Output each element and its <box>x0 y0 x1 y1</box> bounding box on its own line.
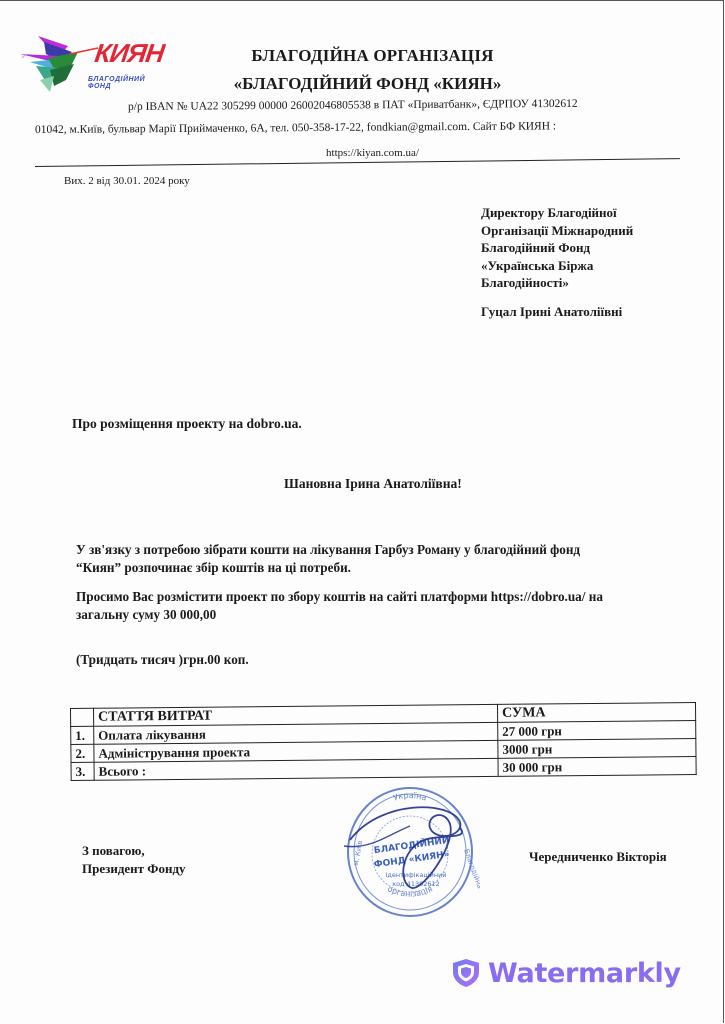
addressee-line: Організації Міжнародний <box>481 222 633 240</box>
text-line: Просимо Вас розмістити проект по збору к… <box>76 588 676 606</box>
row-num: 1. <box>71 726 94 744</box>
addressee-line: «Українська Біржа <box>481 257 633 275</box>
bank-details: р/р IBAN № UA22 305299 00000 26002046805… <box>128 98 578 113</box>
header-sum: СУМА <box>497 702 695 722</box>
svg-text:м. Київ: м. Київ <box>352 840 364 866</box>
row-num: 3. <box>71 762 94 780</box>
salutation: Шановна Ірина Анатоліївна! <box>284 476 462 492</box>
text-line: У зв'язку з потребою зібрати кошти на лі… <box>76 541 676 559</box>
shield-icon <box>452 958 480 988</box>
website-link[interactable]: https://kiyan.com.ua/ <box>0 147 725 159</box>
row-num: 2. <box>71 744 94 762</box>
row-sum: 27 000 грн <box>498 720 696 740</box>
svg-text:Ідентифікаційний: Ідентифікаційний <box>385 871 446 879</box>
contact-address: 01042, м.Київ, бульвар Марії Приймаченко… <box>35 120 556 136</box>
text-line: “Киян” розпочинає збір коштів на ці потр… <box>76 559 676 577</box>
body-paragraph-3: (Тридцать тисяч )грн.00 коп. <box>76 651 676 669</box>
addressee-name: Гуцал Ірині Анатоліївні <box>481 304 622 320</box>
addressee-line: Благодійності» <box>481 274 633 292</box>
text-line: загальну суму 30 000,00 <box>76 606 676 624</box>
body-paragraph-1: У зв'язку з потребою зібрати кошти на лі… <box>76 541 676 577</box>
header-divider <box>35 158 680 167</box>
signer-name: Чередниченко Вікторія <box>529 849 667 865</box>
outgoing-number-date: Вих. 2 від 30.01. 2024 року <box>64 175 190 187</box>
addressee-line: Директору Благодійної <box>481 204 633 222</box>
official-stamp: Україна організація Благодійна м. Київ Б… <box>340 780 480 920</box>
row-sum: 3000 грн <box>498 738 696 758</box>
row-item: Всього : <box>94 758 498 780</box>
body-paragraph-2: Просимо Вас розмістити проект по збору к… <box>76 588 676 624</box>
svg-text:Україна: Україна <box>392 791 427 803</box>
letter-subject: Про розміщення проекту на dobro.ua. <box>72 416 302 432</box>
org-title-line2: «БЛАГОДІЙНИЙ ФОНД «КИЯН» <box>0 74 725 94</box>
closing-regards: З повагою, <box>82 842 186 860</box>
addressee-block: Директору Благодійної Організації Міжнар… <box>481 204 633 292</box>
header-num <box>71 708 94 726</box>
addressee-line: Благодійний Фонд <box>481 239 633 257</box>
watermark-text: Watermarkly <box>488 958 681 989</box>
org-title-line1: БЛАГОДІЙНА ОРГАНІЗАЦІЯ <box>0 46 725 66</box>
text-line: (Тридцать тисяч )грн.00 коп. <box>76 651 676 669</box>
signer-position: Президент Фонду <box>82 860 186 878</box>
stamp-seal-icon: Україна організація Благодійна м. Київ Б… <box>340 780 480 920</box>
watermark: Watermarkly <box>452 953 681 993</box>
row-sum: 30 000 грн <box>498 756 696 776</box>
expenses-table: СТАТТЯ ВИТРАТ СУМА 1. Оплата лікування 2… <box>70 702 697 781</box>
closing-block: З повагою, Президент Фонду <box>82 842 186 878</box>
